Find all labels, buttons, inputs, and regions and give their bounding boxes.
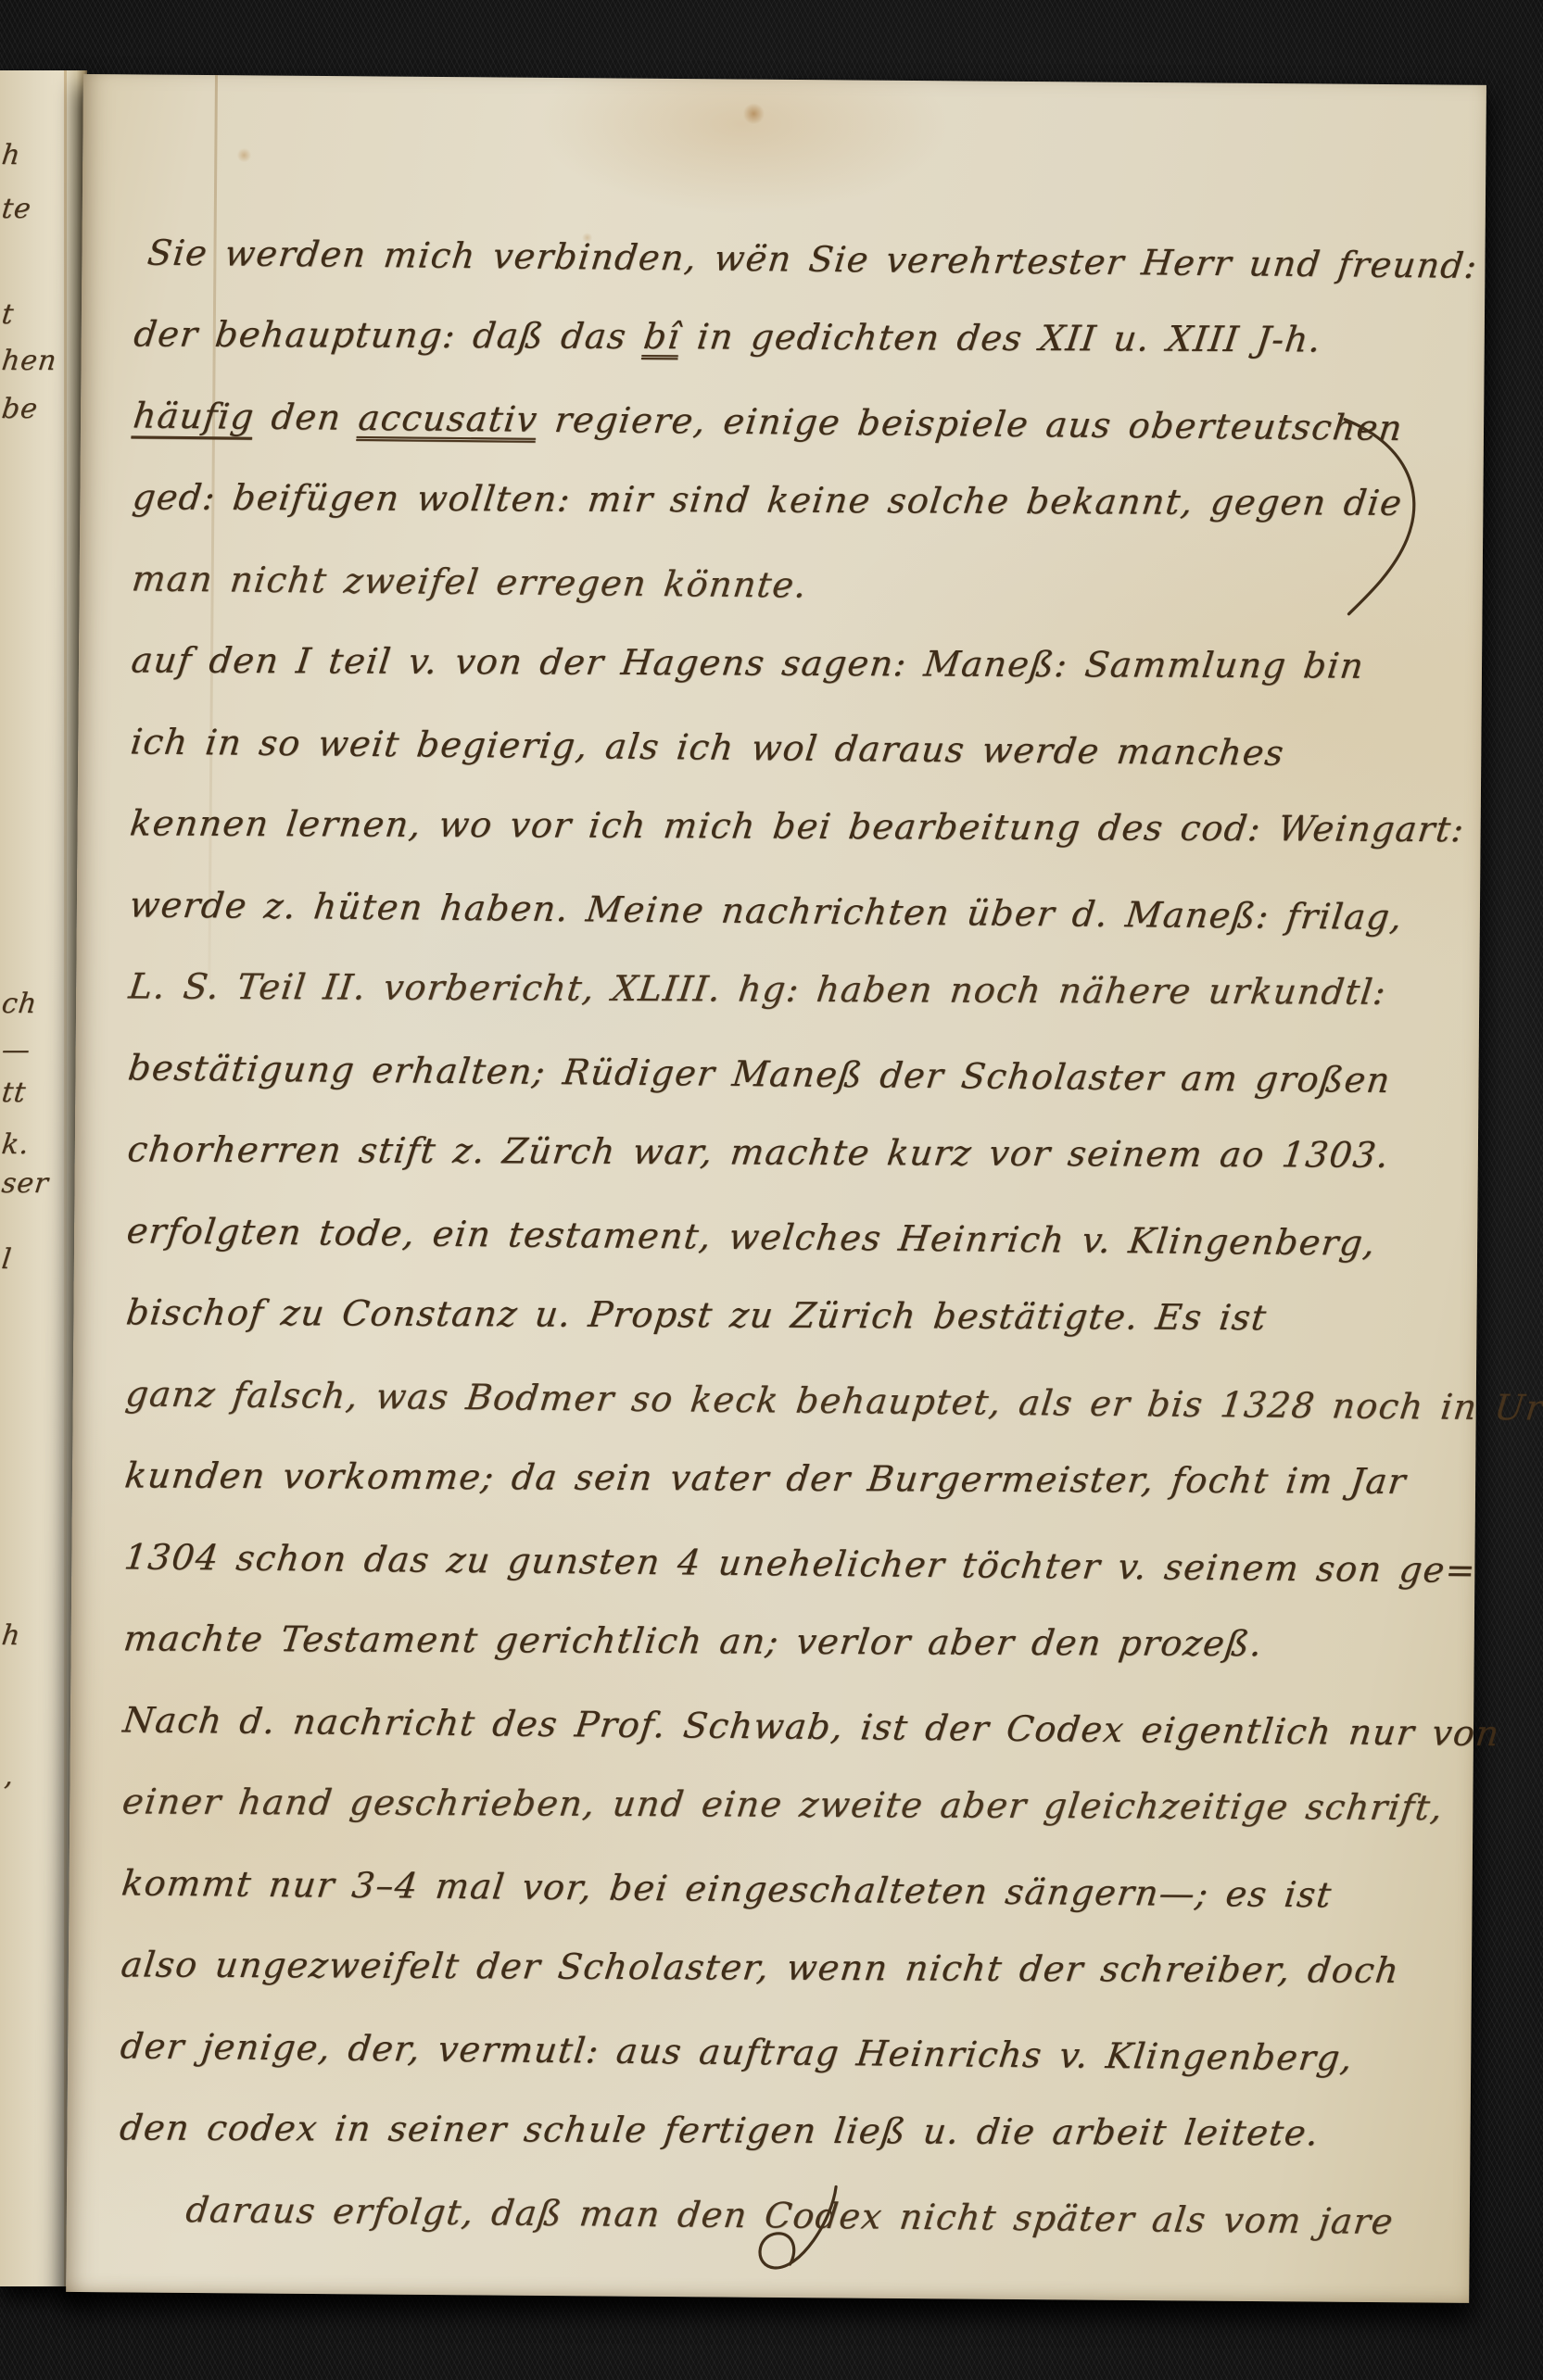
manuscript-page: Sie werden mich verbinden, wën Sie vereh… [66, 74, 1486, 2303]
handwriting-segment: den [252, 397, 360, 438]
facing-page-text-fragment: — [0, 1034, 32, 1066]
manuscript-line: Nach d. nachricht des Prof. Schwab, ist … [119, 1679, 1442, 1773]
handwriting-segment: 1304 schon das zu gunsten 4 unehelicher … [122, 1536, 1479, 1590]
handwriting-segment: ged: beifügen wollten: mir sind keine so… [131, 476, 1405, 523]
manuscript-line: kennen lernen, wo vor ich mich bei bearb… [125, 782, 1449, 870]
manuscript-line: der behauptung: daß das bî in gedichten … [130, 293, 1454, 381]
handwriting-segment: bischof zu Constanz u. Propst zu Zürich … [124, 1291, 1270, 1338]
handwriting-segment: werde z. hüten haben. Meine nachrichten … [127, 884, 1405, 938]
handwriting-segment: kennen lernen, wo vor ich mich bei bearb… [128, 802, 1467, 850]
facing-page-text-fragment: h [0, 1619, 22, 1652]
facing-page-text-fragment: k. [0, 1128, 32, 1161]
handwriting-segment: den codex in seiner schule fertigen ließ… [118, 2107, 1322, 2153]
handwriting-segment: Sie werden mich verbinden, wën Sie vereh… [145, 233, 1480, 286]
manuscript-line: ich in so weit begierig, als ich wol dar… [126, 700, 1449, 795]
manuscript-line: daraus erfolgt, daß man den Codex nicht … [115, 2168, 1438, 2262]
handwriting-segment: kunden vorkomme; da sein vater der Burge… [122, 1454, 1409, 1501]
facing-page-text-fragment: ser [0, 1167, 51, 1200]
manuscript-line: häufig den accusativ regiere, einige bei… [129, 374, 1452, 469]
manuscript-line: werde z. hüten haben. Meine nachrichten … [125, 863, 1448, 958]
facing-page-text-fragment: hen [0, 345, 59, 377]
manuscript-line: kunden vorkomme; da sein vater der Burge… [120, 1434, 1445, 1522]
facing-page-text-fragment: be [0, 393, 40, 425]
handwriting-segment: man nicht zweifel erregen könnte. [130, 558, 809, 605]
manuscript-line: kommt nur 3–4 mal vor, bei eingeschaltet… [118, 1842, 1441, 1936]
handwriting-segment: erfolgten tode, ein testament, welches H… [125, 1210, 1379, 1263]
handwriting-segment: daraus erfolgt, daß man den Codex nicht … [183, 2189, 1396, 2242]
handwriting-segment: der jenige, der, vermutl: aus auftrag He… [119, 2025, 1356, 2078]
manuscript-line: L. S. Teil II. vorbericht, XLIII. hg: ha… [124, 945, 1448, 1033]
manuscript-line: bischof zu Constanz u. Propst zu Zürich … [121, 1271, 1446, 1359]
handwriting-segment: machte Testament gerichtlich an; verlor … [121, 1618, 1265, 1664]
handwriting-segment: der behauptung: daß das [132, 313, 646, 357]
manuscript-line: 1304 schon das zu gunsten 4 unehelicher … [120, 1516, 1443, 1610]
manuscript-line: man nicht zweifel erregen könnte. [128, 537, 1451, 632]
handwriting-segment: einer hand geschrieben, und eine zweite … [120, 1781, 1446, 1828]
handwriting-segment: in gedichten des XII u. XIII J-h. [677, 316, 1323, 359]
facing-page-text-fragment: h [0, 139, 22, 171]
manuscript-line: chorherren stift z. Zürch war, machte ku… [123, 1108, 1448, 1196]
underlined-word: häufig [132, 395, 258, 436]
facing-page-text-fragment: te [0, 193, 33, 225]
handwriting-segment: kommt nur 3–4 mal vor, bei eingeschaltet… [120, 1862, 1334, 1915]
manuscript-line: einer hand geschrieben, und eine zweite … [118, 1760, 1442, 1848]
photo-backdrop-fabric: htethenbech—ttk.serlh’ Sie werden mich v… [0, 0, 1543, 2380]
manuscript-text: Sie werden mich verbinden, wën Sie vereh… [119, 211, 1448, 2260]
handwriting-segment: chorherren stift z. Zürch war, machte ku… [125, 1128, 1392, 1175]
manuscript-line: der jenige, der, vermutl: aus auftrag He… [116, 2005, 1439, 2099]
facing-page-text-fragment: t [0, 298, 16, 331]
underlined-word: accusativ [356, 397, 539, 440]
manuscript-line: erfolgten tode, ein testament, welches H… [122, 1190, 1446, 1284]
manuscript-line: ganz falsch, was Bodmer so keck behaupte… [121, 1353, 1445, 1447]
facing-page-text-fragment: ch [0, 988, 39, 1020]
handwriting-segment: auf den I teil v. von der Hagens sagen: … [129, 639, 1366, 686]
facing-page-text-fragment: l [0, 1243, 14, 1276]
handwriting-segment: bestätigung erhalten; Rüdiger Maneß der … [126, 1047, 1393, 1101]
manuscript-line: also ungezweifelt der Scholaster, wenn n… [117, 1923, 1441, 2011]
handwriting-segment: ich in so weit begierig, als ich wol dar… [129, 721, 1287, 773]
manuscript-line: Sie werden mich verbinden, wën Sie vereh… [130, 211, 1453, 306]
manuscript-line: den codex in seiner schule fertigen ließ… [115, 2086, 1439, 2174]
handwriting-segment: Nach d. nachricht des Prof. Schwab, ist … [120, 1699, 1501, 1754]
manuscript-line: machte Testament gerichtlich an; verlor … [119, 1597, 1443, 1685]
handwriting-segment: ganz falsch, was Bodmer so keck behaupte… [123, 1373, 1543, 1429]
manuscript-line: bestätigung erhalten; Rüdiger Maneß der … [123, 1026, 1447, 1121]
handwriting-segment: L. S. Teil II. vorbericht, XLIII. hg: ha… [127, 965, 1389, 1012]
handwriting-segment: also ungezweifelt der Scholaster, wenn n… [119, 1944, 1401, 1990]
handwriting-segment: regiere, einige beispiele aus oberteutsc… [536, 399, 1406, 448]
underlined-word: bî [641, 316, 683, 357]
facing-page-text-fragment: ’ [0, 1777, 14, 1809]
manuscript-line: auf den I teil v. von der Hagens sagen: … [127, 619, 1451, 707]
manuscript-line: ged: beifügen wollten: mir sind keine so… [128, 456, 1452, 544]
facing-page-text-fragment: tt [0, 1077, 28, 1109]
